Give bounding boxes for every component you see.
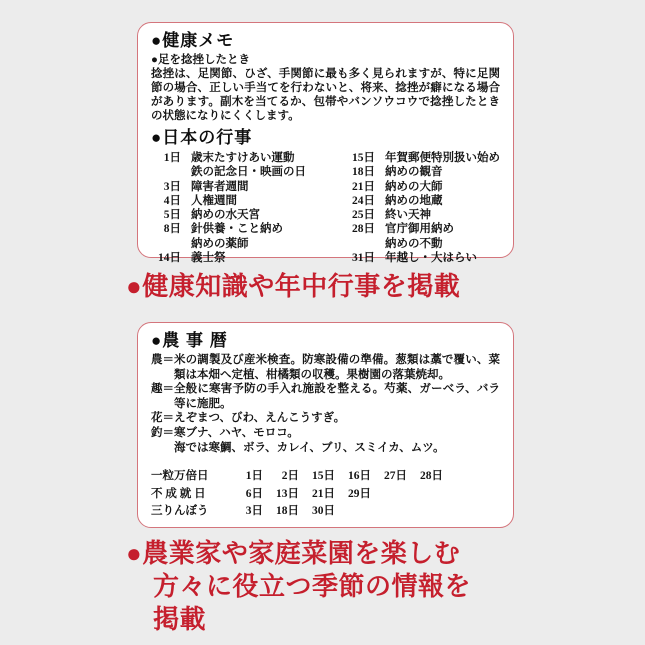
special-day-row: 一粒万倍日1日2日15日16日27日28日 xyxy=(151,468,500,486)
event-label-left: 納めの水天宮 xyxy=(181,208,339,222)
agri-line-label: 農＝ xyxy=(151,353,174,382)
agri-line-text: えぞまつ、びわ、えんこうすぎ。 xyxy=(174,411,500,426)
special-day-date: 3日 xyxy=(227,503,263,521)
japan-events-list: 1日歳末たすけあい運動15日年賀郵便特別扱い始め鉄の記念日・映画の日18日納めの… xyxy=(151,151,500,265)
event-row: 4日人権週間24日納めの地蔵 xyxy=(151,194,500,208)
special-days-table: 一粒万倍日1日2日15日16日27日28日不 成 就 日6日13日21日29日三… xyxy=(151,468,500,521)
event-row: 納めの薬師納めの不動 xyxy=(151,237,500,251)
event-day-right: 24日 xyxy=(339,194,375,208)
event-day-left: 8日 xyxy=(151,222,181,236)
agri-lines: 農＝米の調製及び産米検査。防寒設備の準備。葱類は藁で覆い、菜類は本畑へ定植、柑橘… xyxy=(151,353,500,455)
agri-line-label: 趣＝ xyxy=(151,382,174,411)
special-day-name: 三りんぼう xyxy=(151,503,227,521)
caption-agri-line: ●農業家や家庭菜園を楽しむ xyxy=(126,537,471,570)
event-day-left: 14日 xyxy=(151,251,181,265)
event-label-right: 年越し・大はらい xyxy=(375,251,500,265)
event-label-right: 年賀郵便特別扱い始め xyxy=(375,151,500,165)
event-day-right: 21日 xyxy=(339,180,375,194)
health-events-card: ●健康メモ ●足を捻挫したとき 捻挫は、足関節、ひざ、手関節に最も多く見られます… xyxy=(137,22,514,258)
event-label-left: 障害者週間 xyxy=(181,180,339,194)
event-label-left: 納めの薬師 xyxy=(181,237,339,251)
event-day-right: 31日 xyxy=(339,251,375,265)
event-day-right: 28日 xyxy=(339,222,375,236)
special-day-date: 28日 xyxy=(407,468,443,486)
event-day-left: 3日 xyxy=(151,180,181,194)
agri-line-label: 釣＝ xyxy=(151,426,174,455)
event-row: 14日義士祭31日年越し・大はらい xyxy=(151,251,500,265)
event-label-left: 歳末たすけあい運動 xyxy=(181,151,339,165)
japan-events-title: ●日本の行事 xyxy=(151,127,500,148)
health-memo-title: ●健康メモ xyxy=(151,30,500,51)
event-label-left: 義士祭 xyxy=(181,251,339,265)
event-label-right: 納めの地蔵 xyxy=(375,194,500,208)
event-label-right: 終い天神 xyxy=(375,208,500,222)
agri-line-text: 全般に寒害予防の手入れ施設を整える。芍薬、ガーベラ、バラ等に施肥。 xyxy=(174,382,500,411)
event-row: 鉄の記念日・映画の日18日納めの観音 xyxy=(151,165,500,179)
event-label-right: 納めの大師 xyxy=(375,180,500,194)
special-day-name: 不 成 就 日 xyxy=(151,486,227,504)
agri-line-text: 米の調製及び産米検査。防寒設備の準備。葱類は藁で覆い、菜類は本畑へ定植、柑橘類の… xyxy=(174,353,500,382)
event-day-right xyxy=(339,237,375,251)
caption-agri-line: 掲載 xyxy=(126,603,471,636)
agri-calendar-card: ●農 事 暦 農＝米の調製及び産米検査。防寒設備の準備。葱類は藁で覆い、菜類は本… xyxy=(137,322,514,528)
event-label-right: 納めの不動 xyxy=(375,237,500,251)
special-day-row: 不 成 就 日6日13日21日29日 xyxy=(151,486,500,504)
event-label-left: 鉄の記念日・映画の日 xyxy=(181,165,339,179)
agri-line: 花＝えぞまつ、びわ、えんこうすぎ。 xyxy=(151,411,500,426)
event-day-left: 4日 xyxy=(151,194,181,208)
agri-calendar-title: ●農 事 暦 xyxy=(151,330,500,351)
caption-health: ●健康知識や年中行事を掲載 xyxy=(126,270,460,303)
agri-line: 釣＝寒ブナ、ハヤ、モロコ。 海では寒鯛、ボラ、カレイ、ブリ、スミイカ、ムツ。 xyxy=(151,426,500,455)
event-day-left: 5日 xyxy=(151,208,181,222)
special-day-date: 16日 xyxy=(335,468,371,486)
special-day-date: 15日 xyxy=(299,468,335,486)
special-day-date: 27日 xyxy=(371,468,407,486)
agri-line-text: 寒ブナ、ハヤ、モロコ。 海では寒鯛、ボラ、カレイ、ブリ、スミイカ、ムツ。 xyxy=(174,426,500,455)
special-day-date: 30日 xyxy=(299,503,335,521)
promo-image: { "colors": { "background": "#ececec", "… xyxy=(0,0,645,645)
special-day-date: 18日 xyxy=(263,503,299,521)
event-label-left: 人権週間 xyxy=(181,194,339,208)
event-row: 8日針供養・こと納め28日官庁御用納め xyxy=(151,222,500,236)
caption-agri: ●農業家や家庭菜園を楽しむ方々に役立つ季節の情報を掲載 xyxy=(126,537,471,636)
event-row: 1日歳末たすけあい運動15日年賀郵便特別扱い始め xyxy=(151,151,500,165)
event-day-right: 15日 xyxy=(339,151,375,165)
special-day-date: 1日 xyxy=(227,468,263,486)
event-day-right: 18日 xyxy=(339,165,375,179)
special-day-date: 21日 xyxy=(299,486,335,504)
event-day-left xyxy=(151,165,181,179)
special-day-date: 13日 xyxy=(263,486,299,504)
event-label-right: 官庁御用納め xyxy=(375,222,500,236)
agri-line-label: 花＝ xyxy=(151,411,174,426)
event-label-left: 針供養・こと納め xyxy=(181,222,339,236)
health-memo-body: 捻挫は、足関節、ひざ、手関節に最も多く見られますが、特に足関節の場合、正しい手当… xyxy=(151,67,500,123)
event-label-right: 納めの観音 xyxy=(375,165,500,179)
special-day-name: 一粒万倍日 xyxy=(151,468,227,486)
special-day-date: 6日 xyxy=(227,486,263,504)
caption-agri-line: 方々に役立つ季節の情報を xyxy=(126,570,471,603)
agri-line: 農＝米の調製及び産米検査。防寒設備の準備。葱類は藁で覆い、菜類は本畑へ定植、柑橘… xyxy=(151,353,500,382)
event-row: 5日納めの水天宮25日終い天神 xyxy=(151,208,500,222)
special-day-date: 29日 xyxy=(335,486,371,504)
event-day-left: 1日 xyxy=(151,151,181,165)
special-day-date: 2日 xyxy=(263,468,299,486)
health-memo-subtitle: ●足を捻挫したとき xyxy=(151,53,500,67)
event-day-left xyxy=(151,237,181,251)
special-day-row: 三りんぼう3日18日30日 xyxy=(151,503,500,521)
event-day-right: 25日 xyxy=(339,208,375,222)
event-row: 3日障害者週間21日納めの大師 xyxy=(151,180,500,194)
agri-line: 趣＝全般に寒害予防の手入れ施設を整える。芍薬、ガーベラ、バラ等に施肥。 xyxy=(151,382,500,411)
